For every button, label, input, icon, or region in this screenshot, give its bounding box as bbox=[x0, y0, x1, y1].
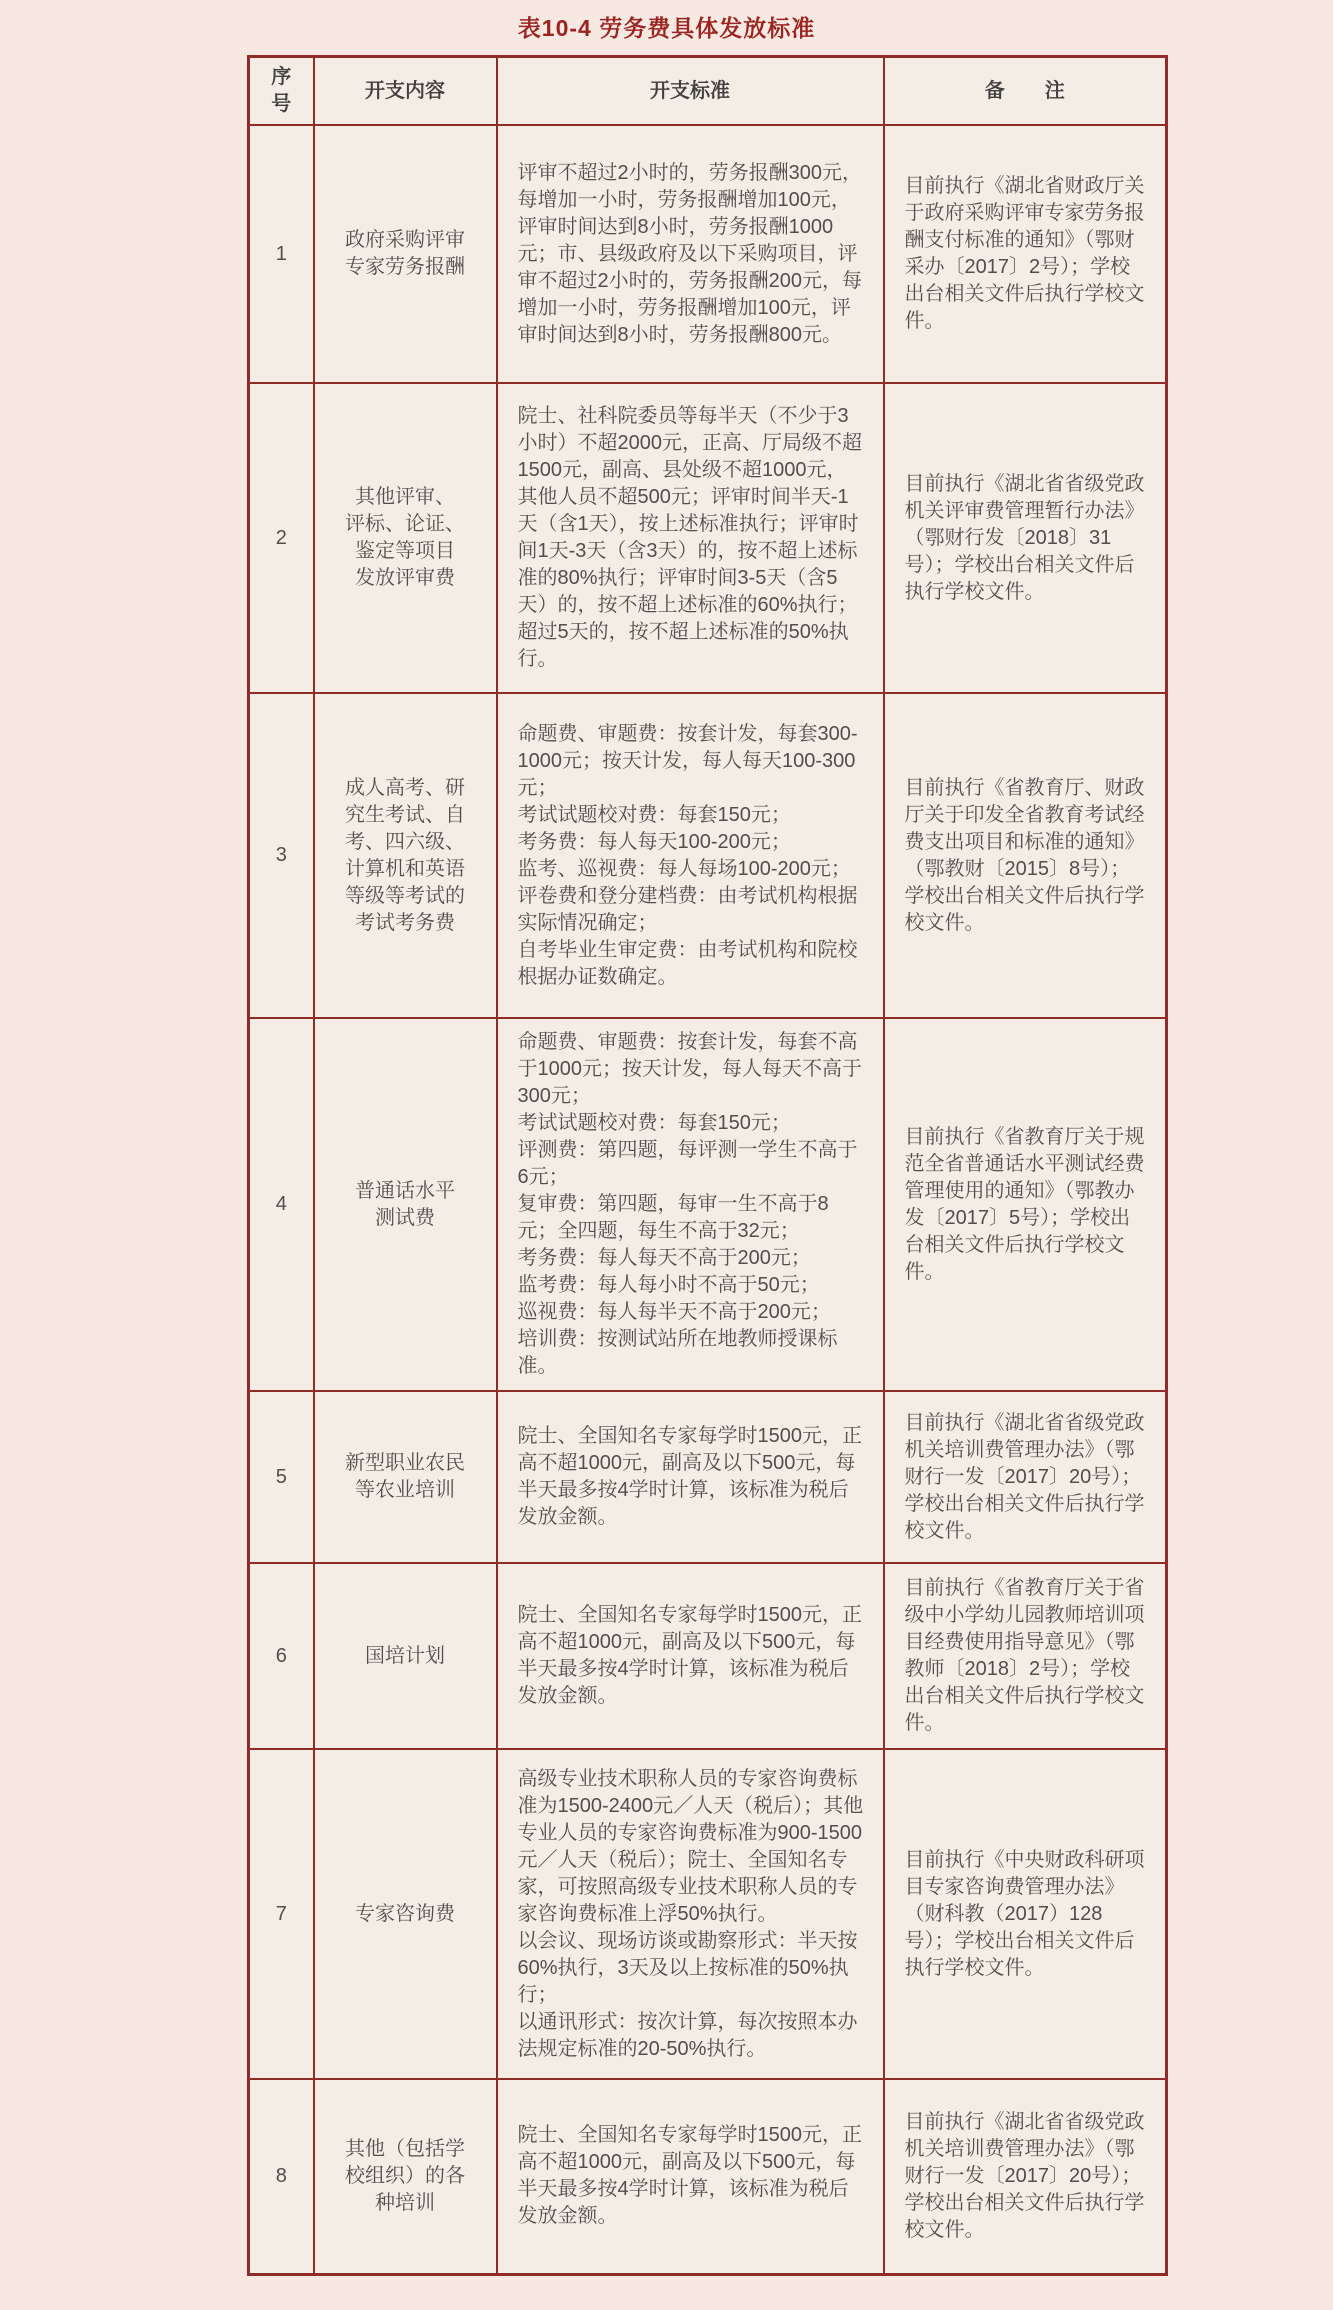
remark: 目前执行《省教育厅关于规范全省普通话水平测试经费管理使用的通知》（鄂教办发〔20… bbox=[884, 1018, 1167, 1391]
table-row: 3 成人高考、研 究生考试、自 考、四六级、 计算机和英语 等级等考试的 考试考… bbox=[249, 693, 1167, 1018]
table-title: 表10-4 劳务费具体发放标准 bbox=[0, 0, 1333, 43]
table-row: 8 其他（包括学 校组织）的各 种培训 院士、全国知名专家每学时1500元，正高… bbox=[249, 2079, 1167, 2274]
expense-content: 国培计划 bbox=[314, 1563, 497, 1749]
row-index: 7 bbox=[249, 1749, 314, 2079]
header-cell-remark: 备 注 bbox=[884, 57, 1167, 126]
table-row: 4 普通话水平 测试费 命题费、审题费：按套计发，每套不高于1000元；按天计发… bbox=[249, 1018, 1167, 1391]
header-row: 序 号 开支内容 开支标准 备 注 bbox=[249, 57, 1167, 126]
header-cell-no: 序 号 bbox=[249, 57, 314, 126]
row-index: 1 bbox=[249, 125, 314, 383]
remark: 目前执行《湖北省财政厅关于政府采购评审专家劳务报酬支付标准的通知》（鄂财采办〔2… bbox=[884, 125, 1167, 383]
expense-standard: 院士、全国知名专家每学时1500元，正高不超1000元，副高及以下500元，每半… bbox=[497, 1391, 884, 1563]
expense-standard: 评审不超过2小时的，劳务报酬300元，每增加一小时，劳务报酬增加100元，评审时… bbox=[497, 125, 884, 383]
header-cell-content: 开支内容 bbox=[314, 57, 497, 126]
remark: 目前执行《中央财政科研项目专家咨询费管理办法》（财科教（2017）128号）；学… bbox=[884, 1749, 1167, 2079]
expense-standard: 院士、社科院委员等每半天（不少于3小时）不超2000元，正高、厅局级不超1500… bbox=[497, 383, 884, 693]
expense-content: 其他评审、 评标、论证、 鉴定等项目 发放评审费 bbox=[314, 383, 497, 693]
expense-standard: 命题费、审题费：按套计发，每套不高于1000元；按天计发，每人每天不高于300元… bbox=[497, 1018, 884, 1391]
remark: 目前执行《湖北省省级党政机关评审费管理暂行办法》（鄂财行发〔2018〕31号）；… bbox=[884, 383, 1167, 693]
table-row: 5 新型职业农民 等农业培训 院士、全国知名专家每学时1500元，正高不超100… bbox=[249, 1391, 1167, 1563]
row-index: 3 bbox=[249, 693, 314, 1018]
expense-content: 新型职业农民 等农业培训 bbox=[314, 1391, 497, 1563]
expense-content: 政府采购评审 专家劳务报酬 bbox=[314, 125, 497, 383]
remark: 目前执行《湖北省省级党政机关培训费管理办法》（鄂财行一发〔2017〕20号）；学… bbox=[884, 1391, 1167, 1563]
expense-content: 成人高考、研 究生考试、自 考、四六级、 计算机和英语 等级等考试的 考试考务费 bbox=[314, 693, 497, 1018]
table-row: 2 其他评审、 评标、论证、 鉴定等项目 发放评审费 院士、社科院委员等每半天（… bbox=[249, 383, 1167, 693]
remark: 目前执行《省教育厅关于省级中小学幼儿园教师培训项目经费使用指导意见》（鄂教师〔2… bbox=[884, 1563, 1167, 1749]
expense-content: 其他（包括学 校组织）的各 种培训 bbox=[314, 2079, 497, 2274]
remark: 目前执行《湖北省省级党政机关培训费管理办法》（鄂财行一发〔2017〕20号）；学… bbox=[884, 2079, 1167, 2274]
expense-content: 专家咨询费 bbox=[314, 1749, 497, 2079]
table-row: 7 专家咨询费 高级专业技术职称人员的专家咨询费标准为1500-2400元／人天… bbox=[249, 1749, 1167, 2079]
row-index: 4 bbox=[249, 1018, 314, 1391]
expense-content: 普通话水平 测试费 bbox=[314, 1018, 497, 1391]
expense-standard: 院士、全国知名专家每学时1500元，正高不超1000元，副高及以下500元，每半… bbox=[497, 2079, 884, 2274]
row-index: 8 bbox=[249, 2079, 314, 2274]
row-index: 6 bbox=[249, 1563, 314, 1749]
header-cell-standard: 开支标准 bbox=[497, 57, 884, 126]
row-index: 5 bbox=[249, 1391, 314, 1563]
table-row: 1 政府采购评审 专家劳务报酬 评审不超过2小时的，劳务报酬300元，每增加一小… bbox=[249, 125, 1167, 383]
expense-standard: 高级专业技术职称人员的专家咨询费标准为1500-2400元／人天（税后）；其他专… bbox=[497, 1749, 884, 2079]
table-row: 6 国培计划 院士、全国知名专家每学时1500元，正高不超1000元，副高及以下… bbox=[249, 1563, 1167, 1749]
expense-standard: 院士、全国知名专家每学时1500元，正高不超1000元，副高及以下500元，每半… bbox=[497, 1563, 884, 1749]
document-page: 表10-4 劳务费具体发放标准 序 号 开支内容 开支标准 备 注 1 政府采购… bbox=[0, 0, 1333, 2310]
remark: 目前执行《省教育厅、财政厅关于印发全省教育考试经费支出项目和标准的通知》（鄂教财… bbox=[884, 693, 1167, 1018]
row-index: 2 bbox=[249, 383, 314, 693]
labor-fee-standards-table: 序 号 开支内容 开支标准 备 注 1 政府采购评审 专家劳务报酬 评审不超过2… bbox=[247, 55, 1168, 2276]
expense-standard: 命题费、审题费：按套计发，每套300-1000元；按天计发，每人每天100-30… bbox=[497, 693, 884, 1018]
